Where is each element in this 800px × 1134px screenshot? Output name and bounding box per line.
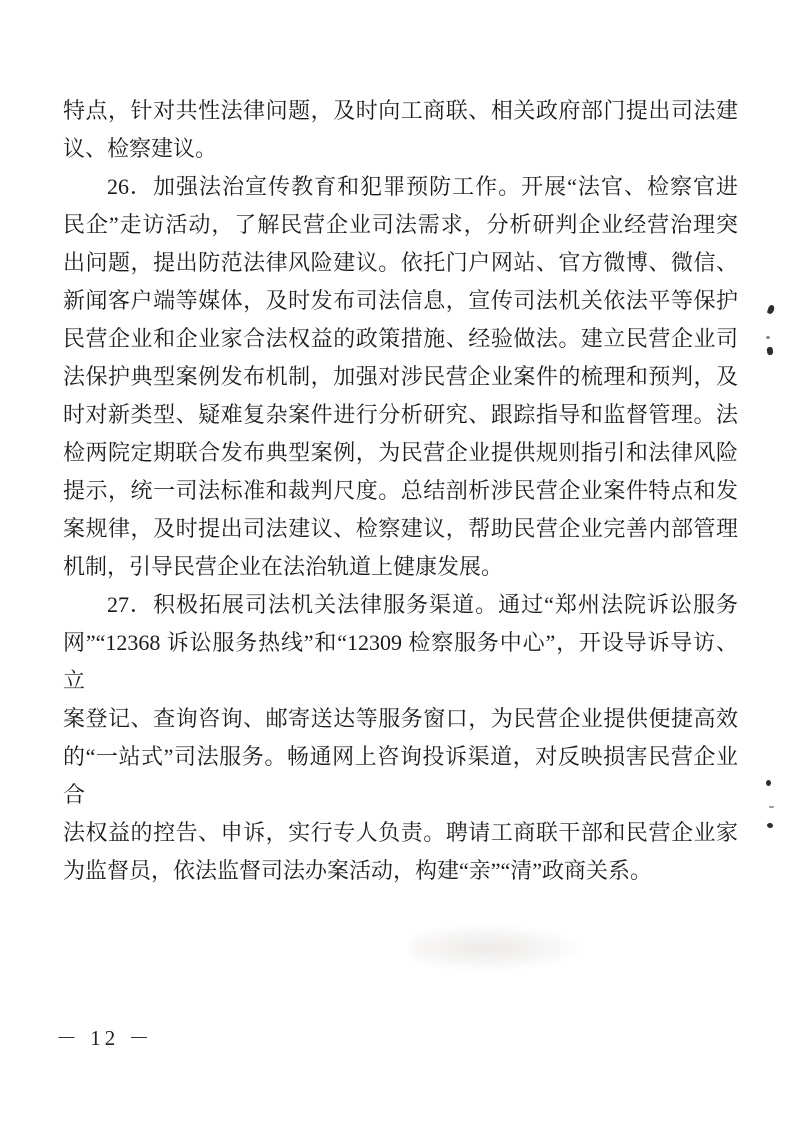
text-line: 检两院定期联合发布典型案例，为民营企业提供规则指引和法律风险 [63,434,738,472]
text-line: 议、检察建议。 [63,130,738,168]
ink-speck [766,347,773,356]
text-line: 民企”走访活动，了解民营企业司法需求，分析研判企业经营治理突 [63,206,738,244]
text-line: 出问题，提出防范法律风险建议。依托门户网站、官方微博、微信、 [63,244,738,282]
page-number: － 12 － [56,1022,154,1052]
ink-speck [766,780,771,786]
item-26-first-line: 26．加强法治宣传教育和犯罪预防工作。开展“法官、检察官进 [63,168,738,206]
scan-bleed-smudge [410,926,580,970]
text-line: 为监督员，依法监督司法办案活动，构建“亲”“清”政商关系。 [63,852,738,890]
item-27-first-line: 27．积极拓展司法机关法律服务渠道。通过“郑州法院诉讼服务 [63,586,738,624]
text-line: 法保护典型案例发布机制，加强对涉民营企业案件的梳理和预判，及 [63,358,738,396]
ink-speck [767,822,774,828]
text-line: 提示，统一司法标准和裁判尺度。总结剖析涉民营企业案件特点和发 [63,472,738,510]
text-line: 案规律，及时提出司法建议、检察建议，帮助民营企业完善内部管理 [63,510,738,548]
ink-speck [766,336,770,339]
text-line: 民营企业和企业家合法权益的政策措施、经验做法。建立民营企业司 [63,320,738,358]
text-line: 案登记、查询咨询、邮寄送达等服务窗口，为民营企业提供便捷高效 [63,700,738,738]
text-line: 网”“12368 诉讼服务热线”和“12309 检察服务中心”，开设导诉导访、立 [63,624,738,700]
text-line: 机制，引导民营企业在法治轨道上健康发展。 [63,548,738,586]
text-line: 特点，针对共性法律问题，及时向工商联、相关政府部门提出司法建 [63,92,738,130]
ink-speck [767,304,775,314]
ink-speck [769,806,774,808]
scanned-document-page: 特点，针对共性法律问题，及时向工商联、相关政府部门提出司法建 议、检察建议。 2… [0,0,800,1134]
text-line: 新闻客户端等媒体，及时发布司法信息，宣传司法机关依法平等保护 [63,282,738,320]
text-line: 的“一站式”司法服务。畅通网上咨询投诉渠道，对反映损害民营企业合 [63,738,738,814]
text-line: 法权益的控告、申诉，实行专人负责。聘请工商联干部和民营企业家 [63,814,738,852]
document-body: 特点，针对共性法律问题，及时向工商联、相关政府部门提出司法建 议、检察建议。 2… [63,92,738,890]
text-line: 时对新类型、疑难复杂案件进行分析研究、跟踪指导和监督管理。法 [63,396,738,434]
